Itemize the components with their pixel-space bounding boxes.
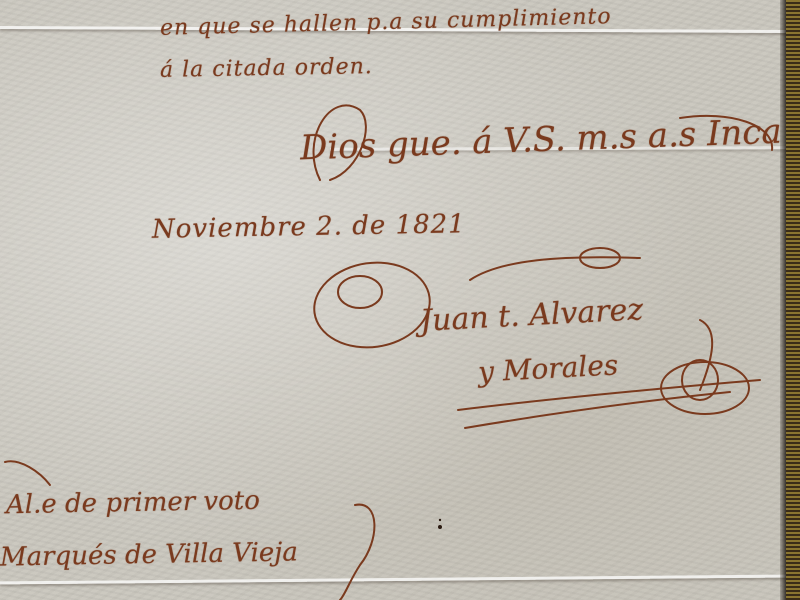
date-line: Noviembre 2. de 1821 <box>152 209 466 244</box>
addressee-line-1: Al.e de primer voto <box>6 486 260 520</box>
book-binding-edge <box>786 0 800 600</box>
addressee-line-2: Marqués de Villa Vieja <box>0 537 298 572</box>
body-line-2: á la citada orden. <box>160 54 373 83</box>
